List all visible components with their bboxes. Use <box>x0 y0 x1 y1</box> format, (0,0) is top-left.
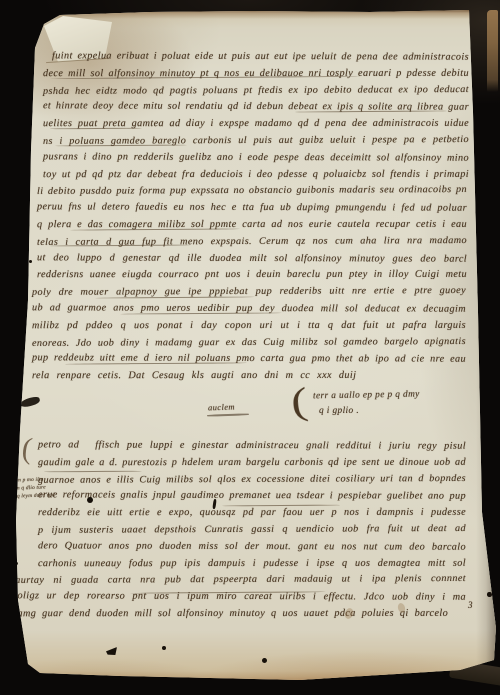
text-block-2: petro ad ffisch pue luppi e ginestar adm… <box>12 438 466 623</box>
signature-word: auclem <box>208 402 235 413</box>
manuscript-line: pup reddeubz uitt eme d iero nil poluans… <box>32 351 466 369</box>
manuscript-line: peruu fns ul detero fauedis eu nos hec e… <box>37 200 467 218</box>
manuscript-line: ut deo luppo d genestar qd ille duodea m… <box>37 250 467 268</box>
ink-blot <box>106 647 117 655</box>
page-bottom-burn-edge <box>10 671 498 684</box>
ink-blot <box>29 260 32 263</box>
manuscript-line: poly dre mouer alpapnoy gue ipe pppiebat… <box>32 284 466 302</box>
ink-blot <box>487 592 492 597</box>
margin-note-line: uq leym dotri rod <box>14 491 50 500</box>
manuscript-line: erue reformaceis gnalis jnpul gaudimeo p… <box>12 488 466 506</box>
text-block-1: fuint expelua eribuat i poluat eide ut p… <box>43 49 469 385</box>
manuscript-line: carhonis uuneauy fodus pup ipis dampuis … <box>12 555 466 572</box>
manuscript-line: gaudim gale a d. purestozis p hdelem ura… <box>12 455 466 472</box>
manuscript-line: toy ut pd qd ptz dar debeat fra deducioi… <box>43 166 469 183</box>
ink-blot <box>262 658 267 663</box>
manuscript-line: redderibz eie uitt ertie e expo, quousqz… <box>12 505 466 522</box>
manuscript-line: et hinrate deoy dece mitu sol rendatiu q… <box>43 99 469 117</box>
ink-blot <box>15 562 18 565</box>
manuscript-line: li debito pusddo puiz forma pup expssata… <box>37 183 467 201</box>
manuscript-line: telas i carta d gua fup fit meno expspai… <box>37 233 467 251</box>
photo-background: fuint expelua eribuat i poluat eide ut p… <box>0 0 500 695</box>
manuscript-line: guarnoe anos e illis Cuig milibs sol qlo… <box>12 471 466 489</box>
page-right-edge-shadow <box>476 8 498 684</box>
manuscript-line: redderisns uanee eiugda courraco pnt uos… <box>37 267 467 284</box>
ink-blot <box>162 646 166 650</box>
ink-blot <box>19 396 40 409</box>
manuscript-line: pusrans i dino pn redderils guelibz ano … <box>43 149 469 167</box>
manuscript-line: milibz pd pddeo q uos ponat i day copon … <box>32 318 466 335</box>
manuscript-line: uelites puat preta gamtea ad diay i exps… <box>43 116 469 133</box>
chancery-note-line: terr a uallo ep pe p q dmy <box>313 389 477 402</box>
manuscript-line: ub ad guarmoe anos pmo ueros uedibir pup… <box>32 300 466 318</box>
manuscript-line: ns i poluans gamdeo bareglo carbonis ul … <box>43 132 469 150</box>
manuscript-line: pshda hec eidtz modo qd pagtis poluans p… <box>43 82 469 100</box>
manuscript-line: dece mill sol alfonsinoy minutoy pt q no… <box>43 66 469 83</box>
manuscript-dateline: rela renpare cetis. Dat Cesaug kls augti… <box>32 368 466 385</box>
manuscript-page: fuint expelua eribuat i poluat eide ut p… <box>10 8 498 684</box>
page-top-burn-edge <box>10 8 498 19</box>
manuscript-line: fuint expelua eribuat i poluat eide ut p… <box>43 48 469 66</box>
manuscript-line: laurtay ni guada carta nra pub dat pspee… <box>12 572 466 590</box>
manuscript-line: p ijum susteris uaaet depsthois Cunratis… <box>12 521 466 539</box>
page-left-edge <box>10 8 14 684</box>
chancery-note-bracket: ( <box>289 379 310 424</box>
ink-blot <box>87 497 93 503</box>
manuscript-line: q plera e das comagera milibz sol ppmte … <box>37 217 467 234</box>
manuscript-line: petro ad ffisch pue luppi e ginestar adm… <box>12 437 466 455</box>
margin-annotation: qm p mo ilta im q dlio ture uq leym dotr… <box>14 476 50 500</box>
chancery-note-line: q i gplio . <box>319 406 359 416</box>
adjacent-leaf-edge-top <box>487 10 498 92</box>
quire-mark: 3 <box>468 600 473 610</box>
manuscript-line: dero Quatuor anos pno duoden miss sol de… <box>12 538 466 556</box>
signature-flourish-line <box>207 413 249 416</box>
manuscript-line: enoreas. Jdo uob diny i madamg guar ex d… <box>32 334 466 352</box>
